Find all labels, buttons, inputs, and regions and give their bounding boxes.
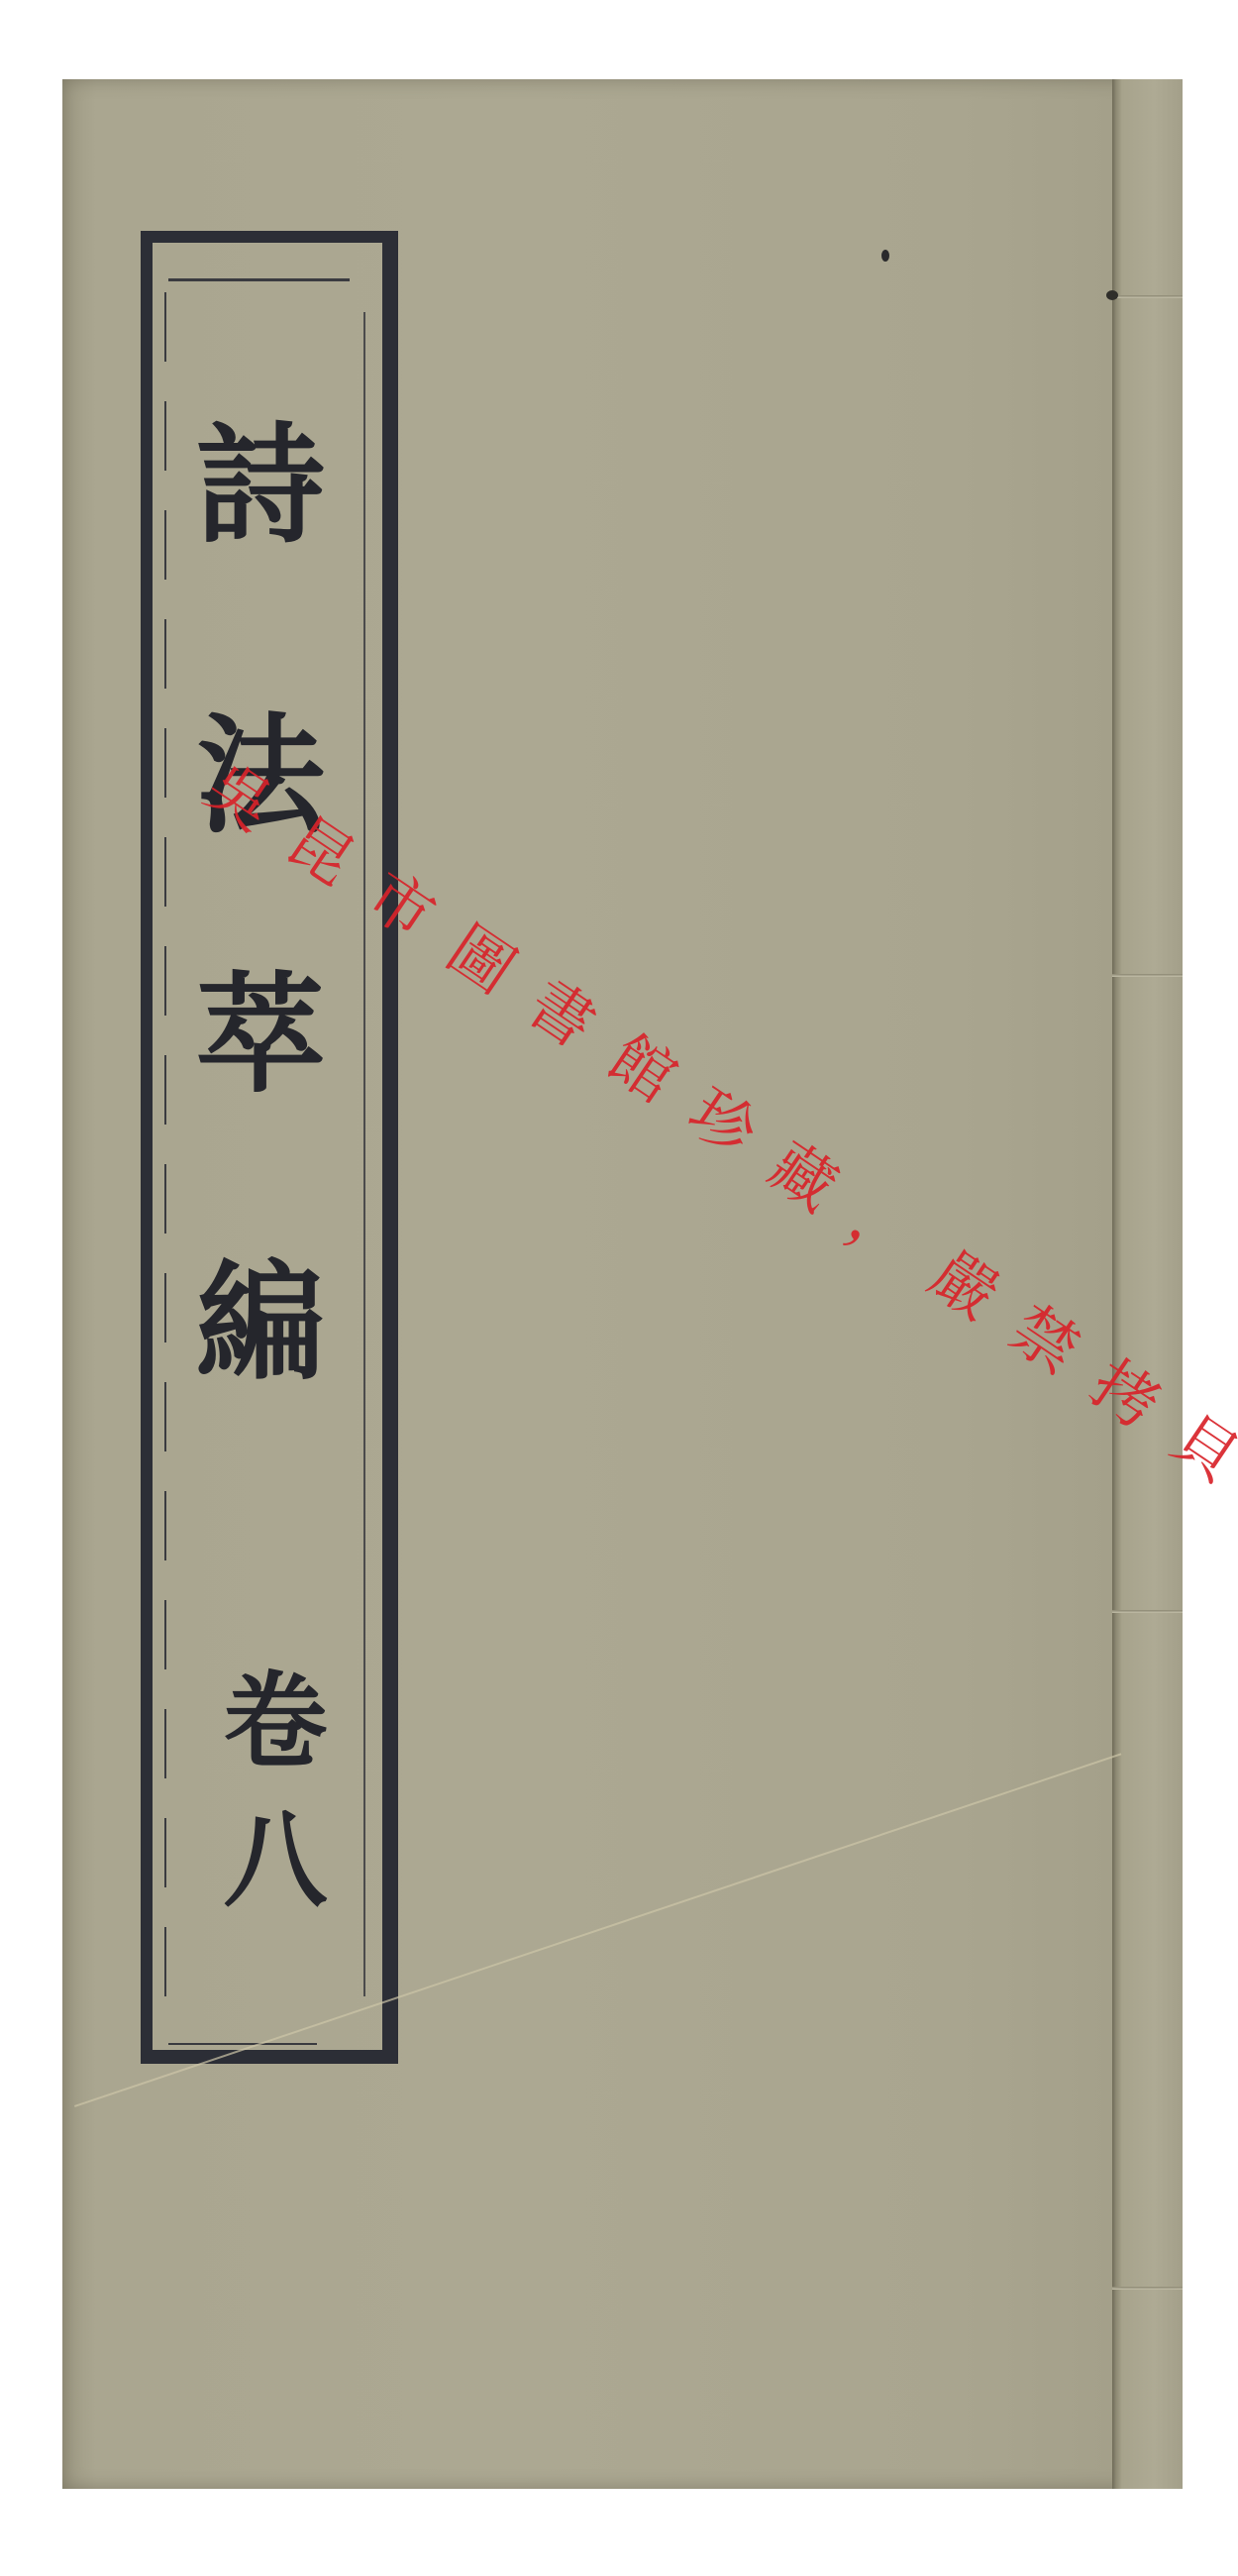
frame-inner-line [168, 2043, 317, 2045]
ink-spot [881, 250, 889, 262]
binding-stitch [1112, 974, 1183, 977]
book-cover: 詩 法 萃 編 卷 八 吳昆市圖書館珍藏，嚴禁拷貝 [62, 79, 1183, 2489]
binding-stitch [1112, 2287, 1183, 2290]
title-char-1: 詩 [181, 421, 340, 550]
volume-char-1: 卷 [196, 1669, 355, 1773]
book-spine [1112, 79, 1183, 2489]
binding-stitch [1112, 295, 1183, 298]
frame-inner-line [168, 278, 350, 281]
volume-char-2: 八 [196, 1808, 355, 1912]
binding-stitch [1112, 1610, 1183, 1613]
binding-knot [1106, 290, 1118, 300]
frame-inner-line [164, 292, 166, 1996]
frame-inner-line [363, 312, 365, 1996]
title-char-3: 萃 [181, 971, 340, 1100]
title-char-4: 編 [181, 1258, 340, 1387]
